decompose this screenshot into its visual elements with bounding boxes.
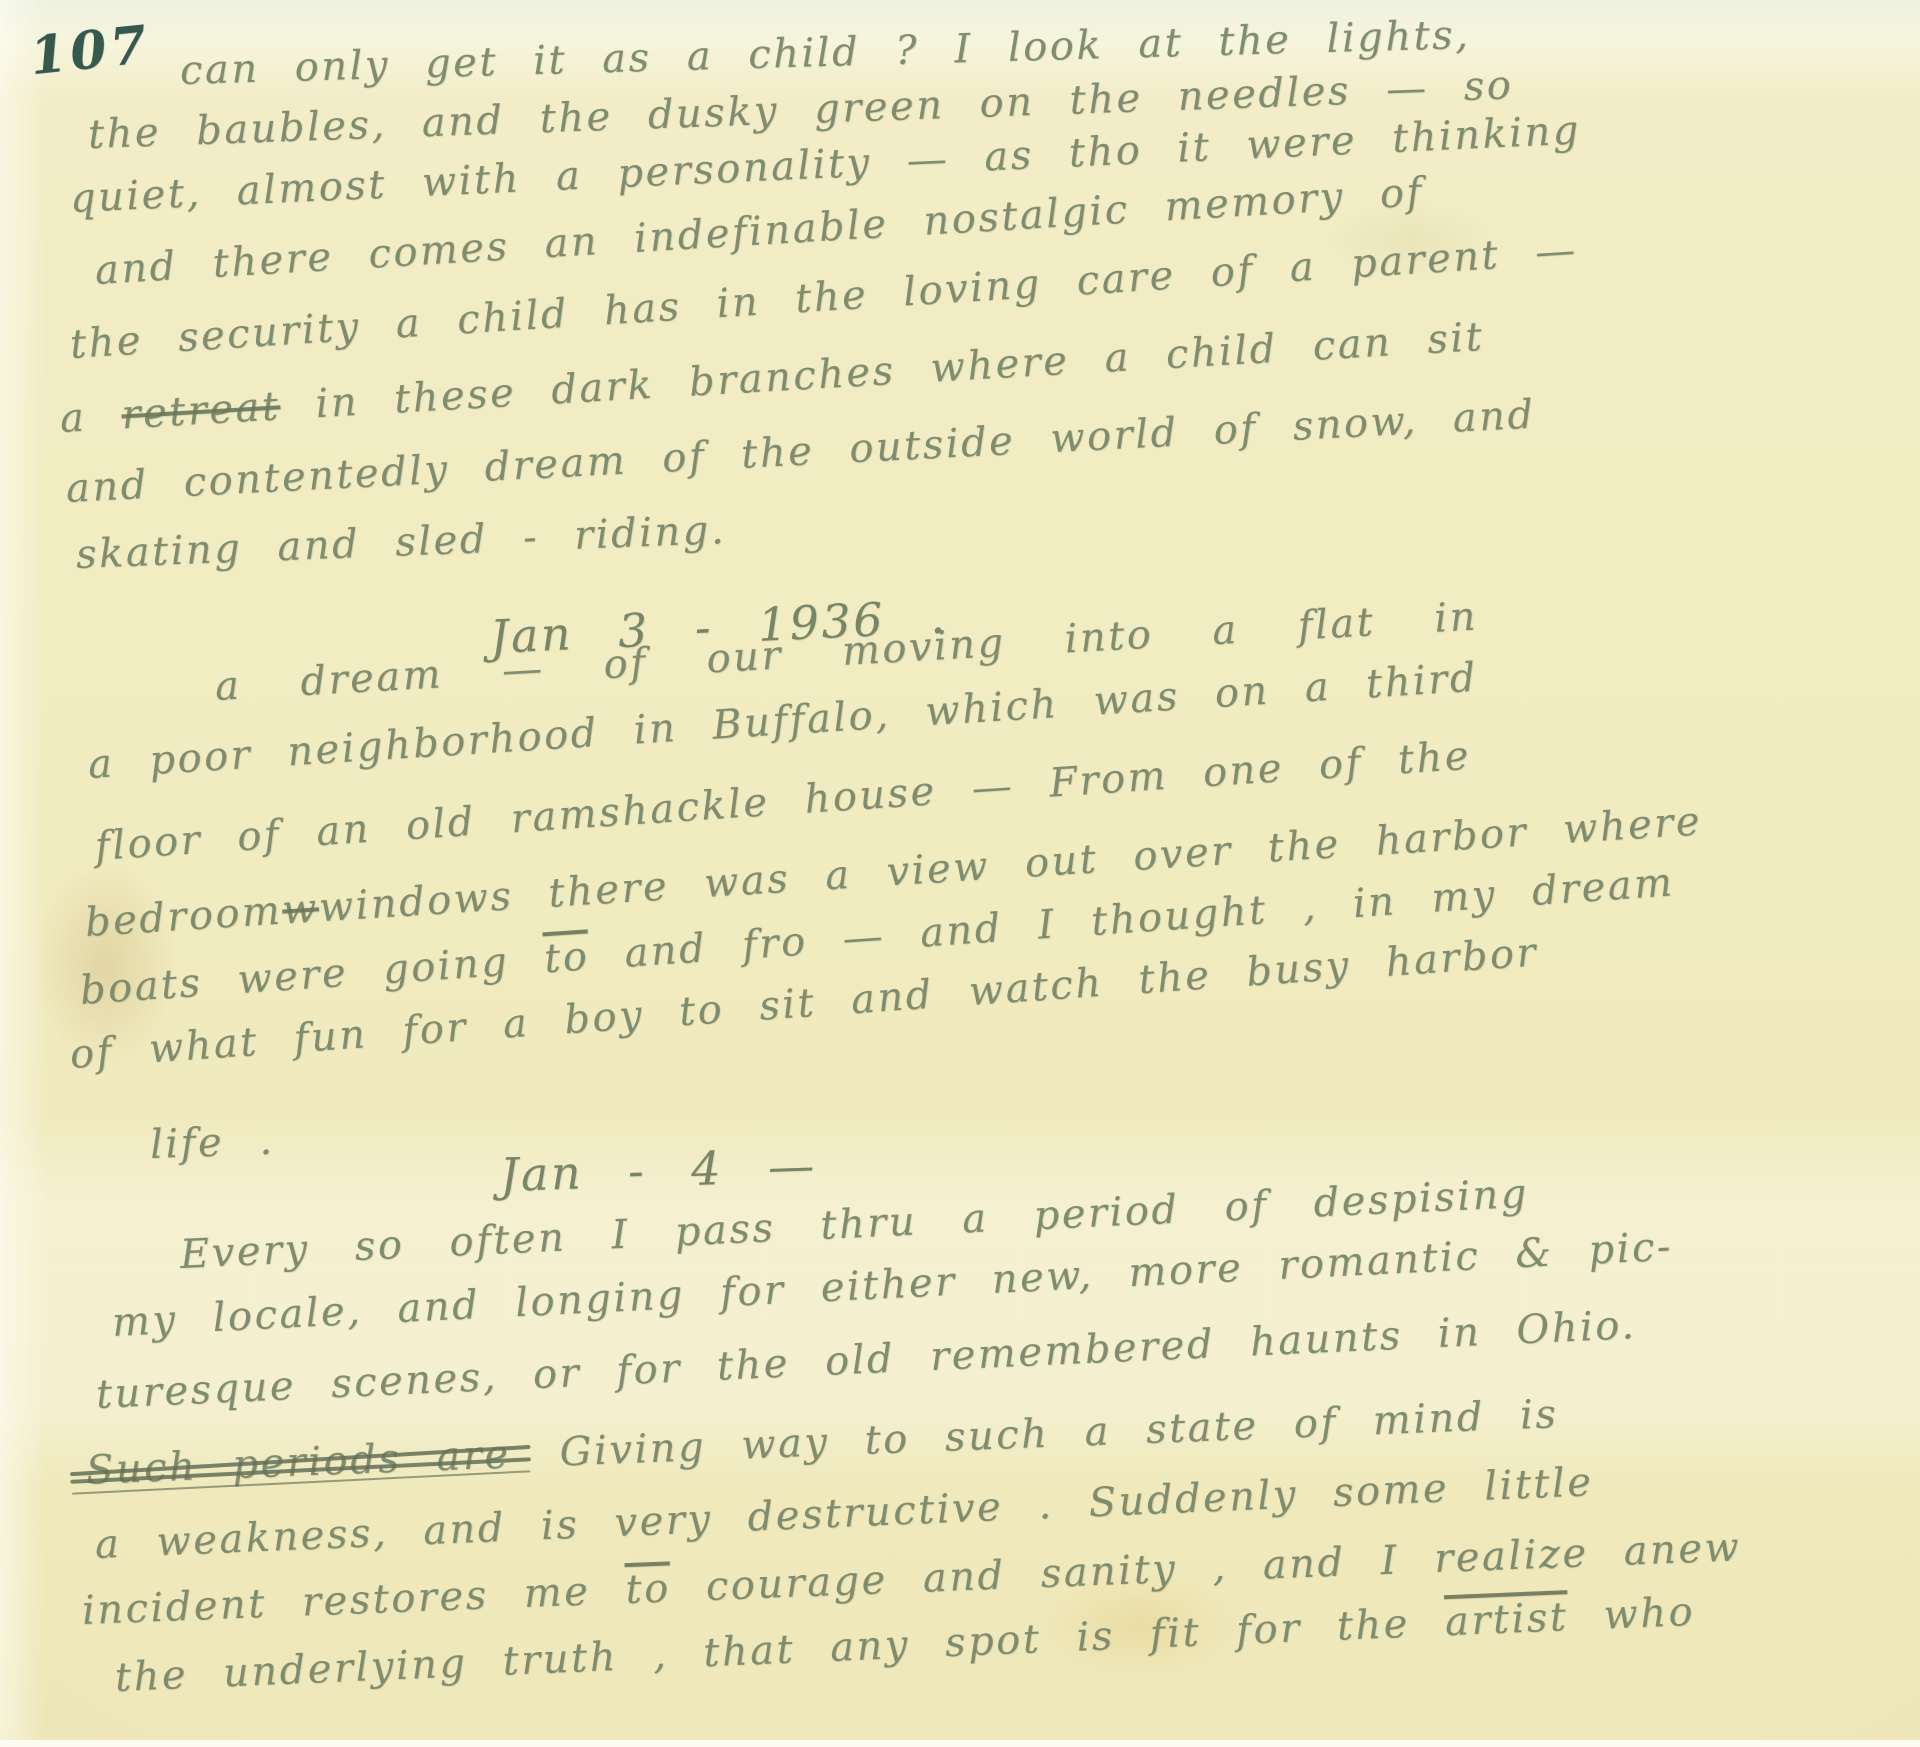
overlined-word-artist: artist: [1444, 1594, 1569, 1645]
page-number: 107: [27, 14, 153, 87]
scan-bottom-edge: [0, 1740, 1920, 1747]
heavily-crossed-to: to: [543, 933, 591, 982]
jan3-line-7: life .: [149, 1118, 275, 1168]
crossed-out-overwrite: w: [281, 885, 321, 933]
intro-line-6-pre: a: [59, 392, 123, 441]
crossed-out-word-retreat: retreat: [120, 383, 281, 438]
jan4-line-7-post: who: [1567, 1589, 1696, 1640]
journal-page: 107 can only get it as a child ? I look …: [0, 0, 1920, 1747]
entry-heading-jan-4: Jan - 4 —: [499, 1138, 817, 1202]
intro-line-8: skating and sled - riding.: [75, 507, 727, 578]
heavily-crossed-to-2: to: [625, 1565, 672, 1613]
jan4-line-6-pre: incident restores me: [81, 1567, 626, 1634]
